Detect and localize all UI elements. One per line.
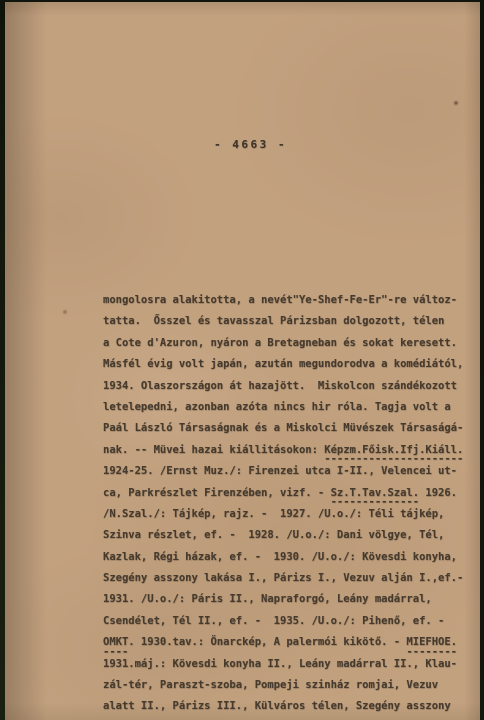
typewriter-line: Másfél évig volt japán, azután megundoro… [103,358,475,379]
typewriter-line: 1931.máj.: Kövesdi konyha II., Leány mad… [103,658,475,679]
typewriter-line: ca, Parkrészlet Firenzében, vizf. - Sz.T… [103,487,475,508]
page-edge-top [0,0,484,2]
typewriter-line: nak. -- Müvei hazai kiállitásokon: Képzm… [103,444,475,465]
page-edge-right [480,0,484,720]
typewriter-line: a Cote d'Azuron, nyáron a Bretagneban és… [103,337,475,358]
scanned-page-photo: - 4663 - mongolosra alakitotta, a nevét"… [0,0,484,720]
typewriter-line: 1924-25. /Ernst Muz./: Firenzei utca I-I… [103,465,475,486]
typewriter-line: Paál László Társaságnak és a Miskolci Mü… [103,422,475,443]
typewriter-line: OMKT. 1930.tav.: Önarckép, A palermói ki… [103,636,475,657]
typewriter-line: /N.Szal./: Tájkép, rajz. - 1927. /U.o./:… [103,508,475,529]
typewriter-line: tatta. Ősszel és tavasszal Párizsban dol… [103,315,475,336]
page-number: - 4663 - [214,138,287,151]
typewriter-line: letelepedni, azonban azóta nincs hir ról… [103,401,475,422]
typewriter-line: Csendélet, Tél II., ef. - 1935. /U.o./: … [103,615,475,636]
typewriter-line: zál-tér, Paraszt-szoba, Pompeji szinház … [103,679,475,700]
typewritten-text-block: mongolosra alakitotta, a nevét"Ye-Shef-F… [103,294,475,720]
typewriter-line: alatt II., Párizs III., Külváros télen, … [103,700,475,720]
typewriter-line: mongolosra alakitotta, a nevét"Ye-Shef-F… [103,294,475,315]
typewriter-line: Szegény asszony lakása I., Párizs I., Ve… [103,572,475,593]
page-edge-left [0,0,5,720]
typewriter-line: 1931. /U.o./: Páris II., Napraforgó, Leá… [103,593,475,614]
typewriter-line: 1934. Olaszországon át hazajött. Miskolc… [103,380,475,401]
typewriter-line: Kazlak, Régi házak, ef. - 1930. /U.o./: … [103,551,475,572]
typewriter-line: Szinva részlet, ef. - 1928. /U.o./: Dani… [103,529,475,550]
